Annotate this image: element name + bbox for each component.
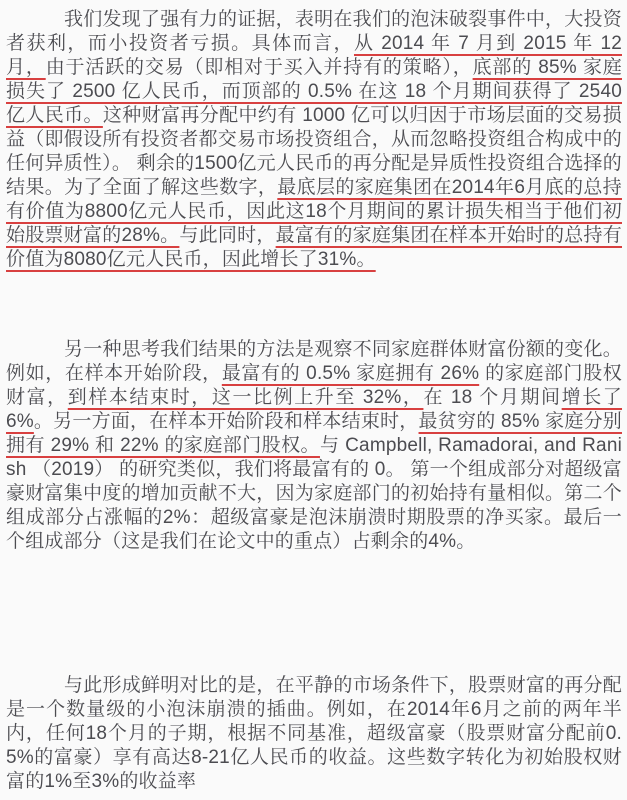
paragraph-wealth-share-changes: 另一种思考我们结果的方法是观察不同家庭群体财富份额的变化。例如，在样本开始阶段，… xyxy=(6,338,622,554)
text-segment: 。另一方面，在样本开始阶段和样本结束时， xyxy=(34,411,419,432)
text-segment: 与此同时， xyxy=(179,225,275,246)
text-segment: 与此形成鲜明对比的是，在平静的市场条件下，股票财富的再分配是一个数量级的小泡沫崩… xyxy=(6,675,622,792)
document-page: 我们发现了强有力的证据，表明在我们的泡沫破裂事件中，大投资者获利，而小投资者亏损… xyxy=(0,0,627,800)
paragraph-wealth-redistribution: 我们发现了强有力的证据，表明在我们的泡沫破裂事件中，大投资者获利，而小投资者亏损… xyxy=(6,8,622,272)
paragraph-calm-market-contrast: 与此形成鲜明对比的是，在平静的市场条件下，股票财富的再分配是一个数量级的小泡沫崩… xyxy=(6,674,622,794)
underlined-text-segment: 最富有的 0.5% 家庭拥有 26% xyxy=(222,363,479,384)
text-segment: 在 18 个月期间 xyxy=(423,387,561,408)
underlined-text-segment: 到样本结束时，这一比例上升至 32%， xyxy=(68,387,424,408)
text-segment: 由于活跃的交易（即相对于买入并持有的策略）， xyxy=(46,57,473,78)
